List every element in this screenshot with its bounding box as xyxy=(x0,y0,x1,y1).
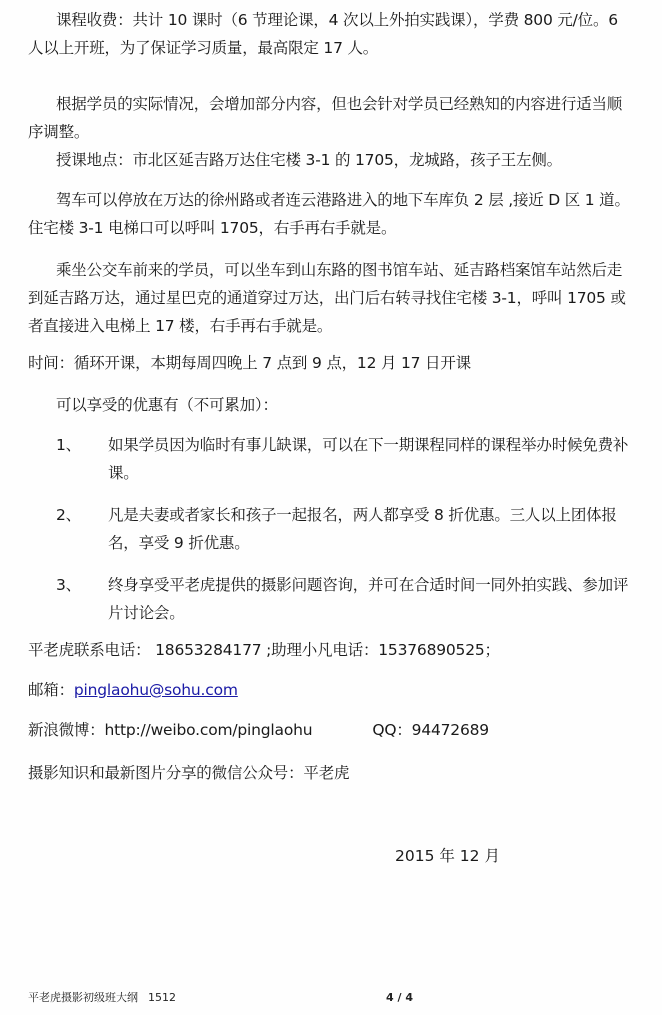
discount-number: 3、 xyxy=(56,571,81,599)
document-page: 课程收费：共计 10 课时（6 节理论课，4 次以上外拍实践课），学费 800 … xyxy=(0,0,662,1015)
email-link[interactable]: pinglaohu@sohu.com xyxy=(74,681,238,699)
adjust-paragraph: 根据学员的实际情况，会增加部分内容，但也会针对学员已经熟知的内容进行适当顺序调整… xyxy=(28,90,634,146)
location-paragraph: 授课地点：市北区延吉路万达住宅楼 3-1 的 1705，龙城路，孩子王左侧。 xyxy=(28,146,634,174)
discount-text: 凡是夫妻或者家长和孩子一起报名，两人都享受 8 折优惠。三人以上团体报名，享受 … xyxy=(108,501,636,557)
footer-doc-title: 平老虎摄影初级班大纲 xyxy=(28,991,138,1004)
discount-text: 终身享受平老虎提供的摄影问题咨询，并可在合适时间一同外拍实践、参加评片讨论会。 xyxy=(108,571,636,627)
footer-code: 1512 xyxy=(148,991,176,1004)
fee-paragraph: 课程收费：共计 10 课时（6 节理论课，4 次以上外拍实践课），学费 800 … xyxy=(28,6,634,62)
discount-number: 2、 xyxy=(56,501,81,529)
discount-text: 如果学员因为临时有事儿缺课，可以在下一期课程同样的课程举办时候免费补课。 xyxy=(108,431,636,487)
email-line: 邮箱：pinglaohu@sohu.com xyxy=(28,676,634,704)
wechat-line: 摄影知识和最新图片分享的微信公众号：平老虎 xyxy=(28,759,634,787)
email-label: 邮箱： xyxy=(28,681,74,699)
bus-paragraph: 乘坐公交车前来的学员，可以坐车到山东路的图书馆车站、延吉路档案馆车站然后走到延吉… xyxy=(28,256,634,340)
phone-line: 平老虎联系电话： 18653284177 ;助理小凡电话：15376890525… xyxy=(28,636,634,664)
document-date: 2015 年 12 月 xyxy=(395,842,500,870)
schedule-paragraph: 时间：循环开课，本期每周四晚上 7 点到 9 点，12 月 17 日开课 xyxy=(28,349,634,377)
parking-paragraph: 驾车可以停放在万达的徐州路或者连云港路进入的地下车库负 2 层 ,接近 D 区 … xyxy=(28,186,634,242)
footer-title: 平老虎摄影初级班大纲1512 xyxy=(28,990,176,1006)
discount-intro: 可以享受的优惠有（不可累加）： xyxy=(56,391,636,419)
page-number: 4 / 4 xyxy=(386,990,413,1006)
qq-text: QQ：94472689 xyxy=(372,721,489,739)
weibo-text: 新浪微博：http://weibo.com/pinglaohu xyxy=(28,721,312,739)
social-line: 新浪微博：http://weibo.com/pinglaohuQQ：944726… xyxy=(28,716,634,744)
discount-number: 1、 xyxy=(56,431,81,459)
